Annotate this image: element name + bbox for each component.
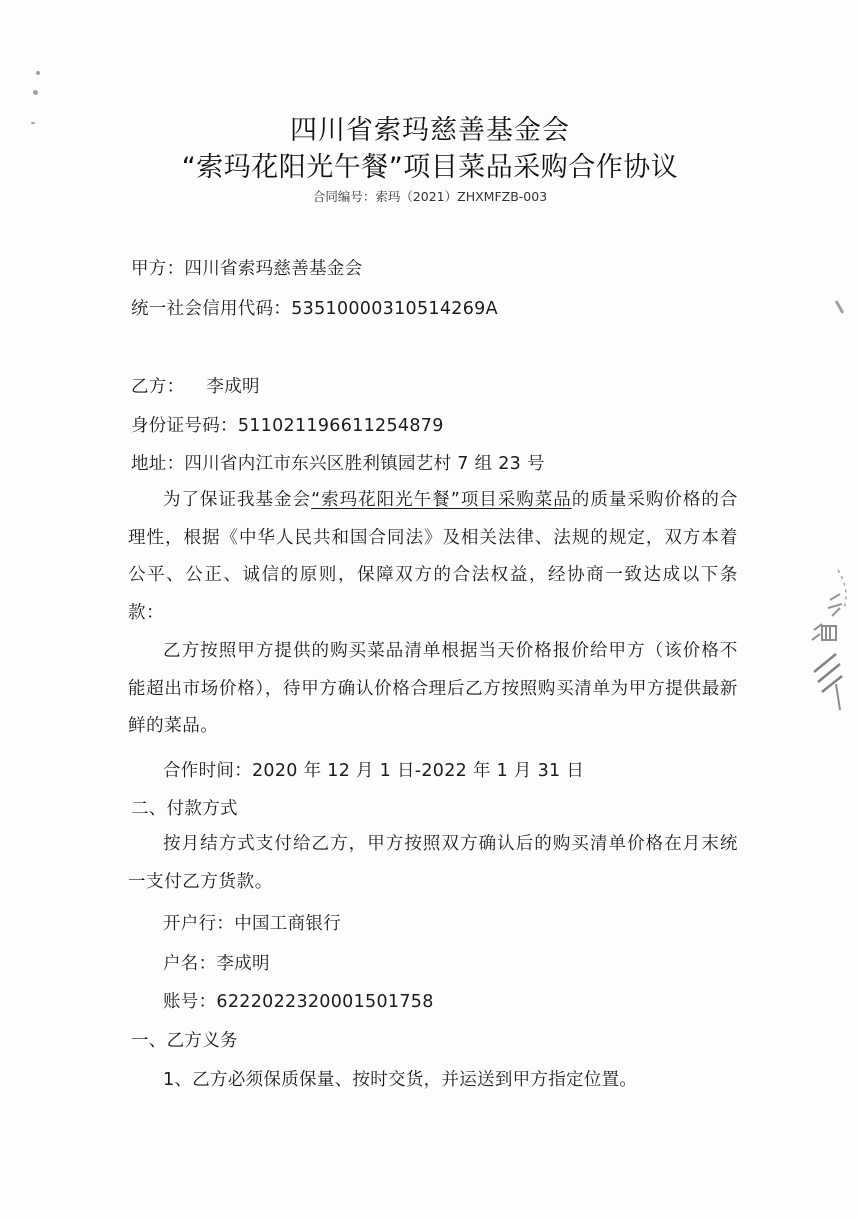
bank-label: 开户行：: [163, 914, 234, 934]
credit-code-label: 统一社会信用代码：: [131, 299, 291, 319]
account-name-value: 李成明: [216, 954, 269, 974]
project-name-underlined: “索玛花阳光午餐”项目采购菜品: [311, 490, 572, 510]
account-name-label: 户名：: [163, 954, 216, 974]
seal-stamp-icon: [800, 560, 860, 720]
section-obligations-heading: 一、乙方义务: [131, 1027, 238, 1052]
party-b-name: 李成明: [206, 377, 259, 397]
address-label: 地址：: [131, 454, 184, 474]
scan-speck: [36, 71, 40, 75]
party-a-line: 甲方：四川省索玛慈善基金会: [131, 255, 362, 280]
preamble-paragraph: 为了保证我基金会“索玛花阳光午餐”项目采购菜品的质量采购价格的合理性，根据《中华…: [128, 482, 738, 632]
document-page: 四川省索玛慈善基金会 “索玛花阳光午餐”项目菜品采购合作协议 合同编号：索玛（2…: [0, 0, 860, 1219]
scan-speck: [33, 90, 38, 95]
account-name-line: 户名：李成明: [163, 950, 270, 975]
credit-code-value: 53510000310514269A: [291, 299, 498, 319]
cooperation-period-label: 合作时间：: [163, 761, 252, 781]
account-number-value: 6222022320001501758: [216, 992, 433, 1012]
cooperation-period-value: 2020 年 12 月 1 日-2022 年 1 月 31 日: [252, 761, 584, 781]
address-value: 四川省内江市东兴区胜利镇园艺村 7 组 23 号: [184, 454, 544, 474]
cooperation-period-line: 合作时间：2020 年 12 月 1 日-2022 年 1 月 31 日: [163, 757, 584, 782]
payment-body-paragraph: 按月结方式支付给乙方，甲方按照双方确认后的购买清单价格在月末统一支付乙方货款。: [128, 826, 738, 901]
party-b-line: 乙方：李成明: [131, 373, 260, 398]
party-b-label: 乙方：: [131, 377, 184, 397]
party-a-label: 甲方：: [131, 259, 184, 279]
supply-clause-paragraph: 乙方按照甲方提供的购买菜品清单根据当天价格报价给甲方（该价格不能超出市场价格），…: [128, 633, 738, 746]
bank-line: 开户行：中国工商银行: [163, 910, 341, 935]
section-payment-heading: 二、付款方式: [131, 795, 238, 820]
contract-number: 合同编号：索玛（2021）ZHXMFZB-003: [0, 187, 860, 205]
obligation-item: 1、乙方必须保质保量、按时交货，并运送到甲方指定位置。: [163, 1066, 637, 1091]
document-title-line1: 四川省索玛慈善基金会: [0, 108, 860, 147]
id-number-label: 身份证号码：: [131, 416, 238, 436]
bank-value: 中国工商银行: [234, 914, 341, 934]
preamble-prefix: 为了保证我基金会: [163, 490, 311, 510]
document-title-line2: “索玛花阳光午餐”项目菜品采购合作协议: [0, 145, 860, 184]
scan-speck: [835, 300, 845, 314]
party-a-name: 四川省索玛慈善基金会: [184, 259, 362, 279]
id-number-value: 511021196611254879: [238, 416, 444, 436]
id-number-line: 身份证号码：511021196611254879: [131, 412, 444, 437]
credit-code-line: 统一社会信用代码：53510000310514269A: [131, 295, 498, 320]
account-number-line: 账号：6222022320001501758: [163, 988, 434, 1013]
address-line: 地址：四川省内江市东兴区胜利镇园艺村 7 组 23 号: [131, 450, 545, 475]
account-number-label: 账号：: [163, 992, 216, 1012]
